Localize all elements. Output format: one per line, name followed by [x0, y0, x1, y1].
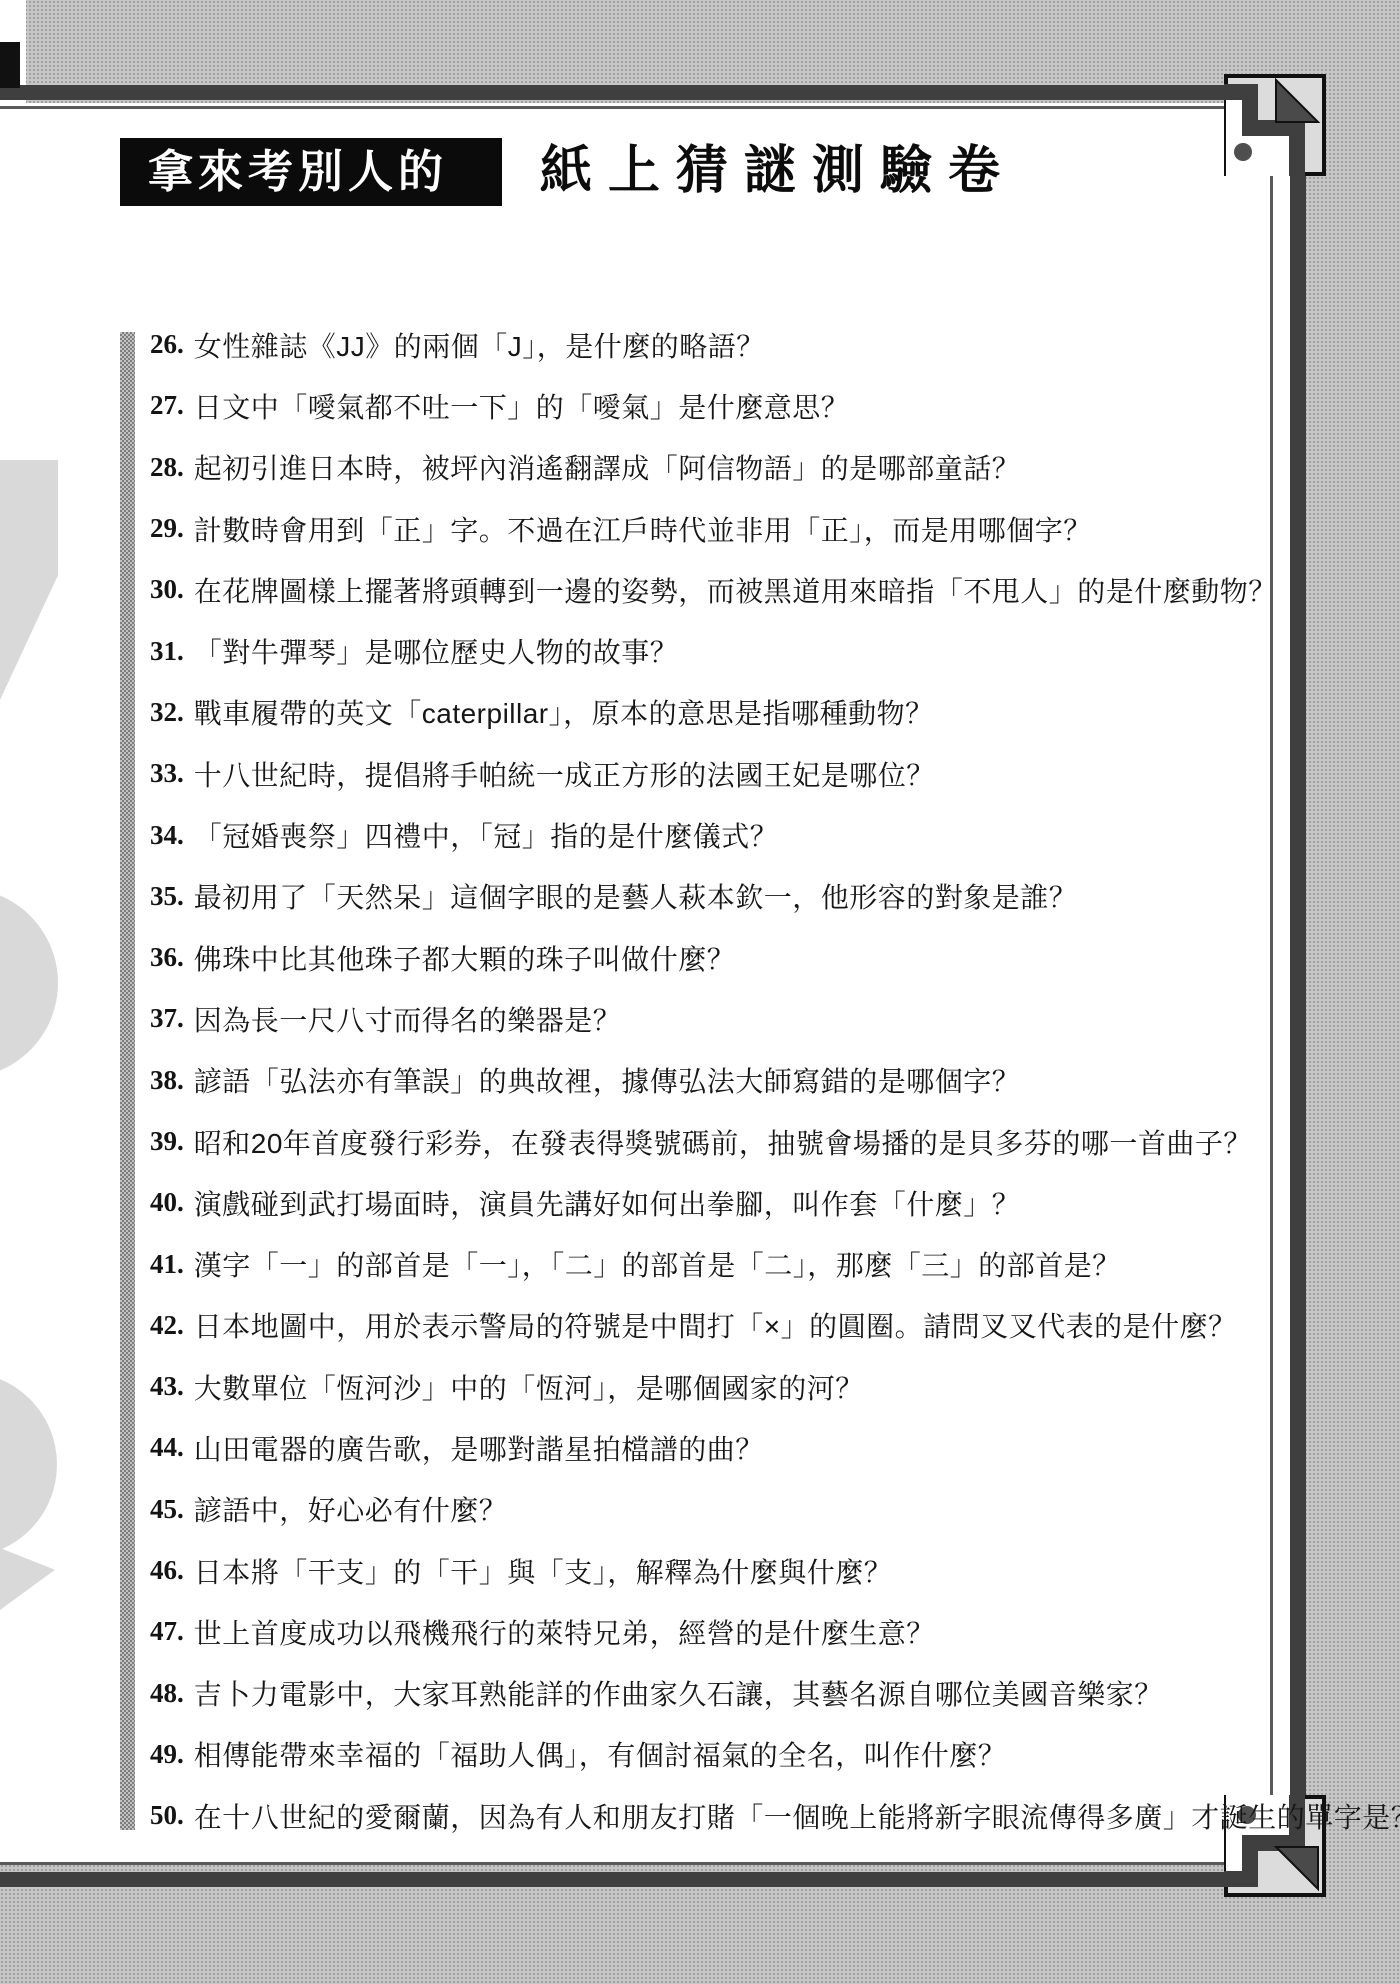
question-number: 35. — [150, 881, 184, 912]
scanned-quiz-page: { "header": { "badge_label": "拿來考別人的", "… — [0, 0, 1400, 1984]
header-badge-label: 拿來考別人的 — [148, 146, 448, 197]
question-row: 32.戰車履帶的英文「caterpillar」，原本的意思是指哪種動物？ — [150, 682, 1310, 743]
question-number: 39. — [150, 1126, 184, 1157]
question-row: 29.計數時會用到「正」字。不過在江戶時代並非用「正」，而是用哪個字？ — [150, 498, 1310, 559]
frame-top-left-block — [0, 42, 20, 88]
question-text: 昭和20年首度發行彩券，在發表得獎號碼前，抽號會場播的是貝多芬的哪一首曲子？ — [194, 1122, 1252, 1162]
question-number: 43. — [150, 1371, 184, 1402]
question-number: 34. — [150, 820, 184, 851]
question-number: 41. — [150, 1249, 184, 1280]
question-text: 十八世紀時，提倡將手帕統一成正方形的法國王妃是哪位？ — [194, 754, 935, 794]
question-number: 30. — [150, 574, 184, 605]
question-text: 吉卜力電影中，大家耳熟能詳的作曲家久石讓，其藝名源自哪位美國音樂家？ — [194, 1673, 1163, 1713]
question-row: 37.因為長一尺八寸而得名的樂器是？ — [150, 988, 1310, 1049]
question-text: 在十八世紀的愛爾蘭，因為有人和朋友打賭「一個晚上能將新字眼流傳得多廣」才誕生的單… — [194, 1796, 1400, 1836]
question-text: 起初引進日本時，被坪內消遙翻譯成「阿信物語」的是哪部童話？ — [194, 447, 1021, 487]
question-number: 27. — [150, 390, 184, 421]
question-list-rule — [120, 332, 135, 1830]
question-row: 33.十八世紀時，提倡將手帕統一成正方形的法國王妃是哪位？ — [150, 743, 1310, 804]
question-row: 35.最初用了「天然呆」這個字眼的是藝人萩本欽一，他形容的對象是誰？ — [150, 866, 1310, 927]
question-text: 漢字「一」的部首是「一」，「二」的部首是「二」，那麼「三」的部首是？ — [194, 1244, 1121, 1284]
question-number: 50. — [150, 1800, 184, 1831]
question-text: 日本將「干支」的「干」與「支」，解釋為什麼與什麼？ — [194, 1551, 893, 1591]
frame-top-hairline — [0, 106, 1272, 109]
corner-ornament-top-right — [1224, 74, 1326, 176]
question-text: 演戲碰到武打場面時，演員先講好如何出拳腳，叫作套「什麼」？ — [194, 1183, 1021, 1223]
corner-dot-icon — [1234, 143, 1252, 161]
question-row: 44.山田電器的廣告歌，是哪對諧星拍檔譜的曲？ — [150, 1417, 1310, 1478]
question-list: 26.女性雜誌《JJ》的兩個「J」，是什麼的略語？27.日文中「噯氣都不吐一下」… — [150, 314, 1310, 1846]
question-number: 36. — [150, 942, 184, 973]
question-text: 因為長一尺八寸而得名的樂器是？ — [194, 999, 622, 1039]
question-text: 諺語中，好心必有什麼？ — [194, 1489, 508, 1529]
question-number: 44. — [150, 1432, 184, 1463]
question-text: 戰車履帶的英文「caterpillar」，原本的意思是指哪種動物？ — [194, 692, 934, 732]
question-number: 31. — [150, 636, 184, 667]
question-row: 27.日文中「噯氣都不吐一下」的「噯氣」是什麼意思？ — [150, 375, 1310, 436]
question-number: 45. — [150, 1494, 184, 1525]
question-row: 38.諺語「弘法亦有筆誤」的典故裡，據傳弘法大師寫錯的是哪個字？ — [150, 1050, 1310, 1111]
page-title: 紙上猜謎測驗卷 — [540, 138, 1016, 206]
question-number: 37. — [150, 1003, 184, 1034]
question-text: 女性雜誌《JJ》的兩個「J」，是什麼的略語？ — [194, 325, 765, 365]
question-row: 36.佛珠中比其他珠子都大顆的珠子叫做什麼？ — [150, 927, 1310, 988]
question-text: 在花牌圖樣上擺著將頭轉到一邊的姿勢，而被黑道用來暗指「不甩人」的是什麼動物？ — [194, 570, 1277, 610]
question-number: 48. — [150, 1678, 184, 1709]
question-row: 49.相傳能帶來幸福的「福助人偶」，有個討福氣的全名，叫作什麼？ — [150, 1724, 1310, 1785]
question-text: 「冠婚喪祭」四禮中，「冠」指的是什麼儀式？ — [194, 815, 779, 855]
question-row: 28.起初引進日本時，被坪內消遙翻譯成「阿信物語」的是哪部童話？ — [150, 437, 1310, 498]
question-text: 日文中「噯氣都不吐一下」的「噯氣」是什麼意思？ — [194, 386, 850, 426]
question-row: 42.日本地圖中，用於表示警局的符號是中間打「×」的圓圈。請問叉叉代表的是什麼？ — [150, 1295, 1310, 1356]
question-row: 45.諺語中，好心必有什麼？ — [150, 1479, 1310, 1540]
question-number: 38. — [150, 1065, 184, 1096]
question-row: 48.吉卜力電影中，大家耳熟能詳的作曲家久石讓，其藝名源自哪位美國音樂家？ — [150, 1663, 1310, 1724]
question-text: 最初用了「天然呆」這個字眼的是藝人萩本欽一，他形容的對象是誰？ — [194, 876, 1078, 916]
question-text: 計數時會用到「正」字。不過在江戶時代並非用「正」，而是用哪個字？ — [194, 509, 1092, 549]
question-number: 28. — [150, 452, 184, 483]
question-row: 26.女性雜誌《JJ》的兩個「J」，是什麼的略語？ — [150, 314, 1310, 375]
question-row: 40.演戲碰到武打場面時，演員先講好如何出拳腳，叫作套「什麼」？ — [150, 1172, 1310, 1233]
question-text: 山田電器的廣告歌，是哪對諧星拍檔譜的曲？ — [194, 1428, 764, 1468]
frame-bottom-bar — [0, 1872, 1225, 1887]
frame-bottom-hairline — [0, 1862, 1272, 1865]
question-row: 30.在花牌圖樣上擺著將頭轉到一邊的姿勢，而被黑道用來暗指「不甩人」的是什麼動物… — [150, 559, 1310, 620]
question-text: 相傳能帶來幸福的「福助人偶」，有個討福氣的全名，叫作什麼？ — [194, 1734, 1007, 1774]
question-number: 26. — [150, 329, 184, 360]
question-number: 47. — [150, 1616, 184, 1647]
question-row: 39.昭和20年首度發行彩券，在發表得獎號碼前，抽號會場播的是貝多芬的哪一首曲子… — [150, 1111, 1310, 1172]
question-row: 46.日本將「干支」的「干」與「支」，解釋為什麼與什麼？ — [150, 1540, 1310, 1601]
question-number: 33. — [150, 758, 184, 789]
header-badge: 拿來考別人的 — [120, 138, 502, 206]
question-number: 46. — [150, 1555, 184, 1586]
question-text: 諺語「弘法亦有筆誤」的典故裡，據傳弘法大師寫錯的是哪個字？ — [194, 1060, 1021, 1100]
question-number: 32. — [150, 697, 184, 728]
question-text: 「對牛彈琴」是哪位歷史人物的故事？ — [194, 631, 679, 671]
question-row: 31.「對牛彈琴」是哪位歷史人物的故事？ — [150, 620, 1310, 681]
question-text: 佛珠中比其他珠子都大顆的珠子叫做什麼？ — [194, 938, 736, 978]
question-row: 41.漢字「一」的部首是「一」，「二」的部首是「二」，那麼「三」的部首是？ — [150, 1233, 1310, 1294]
question-row: 34.「冠婚喪祭」四禮中，「冠」指的是什麼儀式？ — [150, 804, 1310, 865]
question-text: 世上首度成功以飛機飛行的萊特兄弟，經營的是什麼生意？ — [194, 1612, 935, 1652]
question-text: 大數單位「恆河沙」中的「恆河」，是哪個國家的河？ — [194, 1367, 864, 1407]
question-number: 42. — [150, 1310, 184, 1341]
question-number: 29. — [150, 513, 184, 544]
frame-top-bar — [0, 85, 1225, 100]
question-number: 40. — [150, 1187, 184, 1218]
question-text: 日本地圖中，用於表示警局的符號是中間打「×」的圓圈。請問叉叉代表的是什麼？ — [194, 1305, 1237, 1345]
question-row: 47.世上首度成功以飛機飛行的萊特兄弟，經營的是什麼生意？ — [150, 1601, 1310, 1662]
question-row: 50.在十八世紀的愛爾蘭，因為有人和朋友打賭「一個晚上能將新字眼流傳得多廣」才誕… — [150, 1785, 1310, 1846]
question-number: 49. — [150, 1739, 184, 1770]
question-row: 43.大數單位「恆河沙」中的「恆河」，是哪個國家的河？ — [150, 1356, 1310, 1417]
